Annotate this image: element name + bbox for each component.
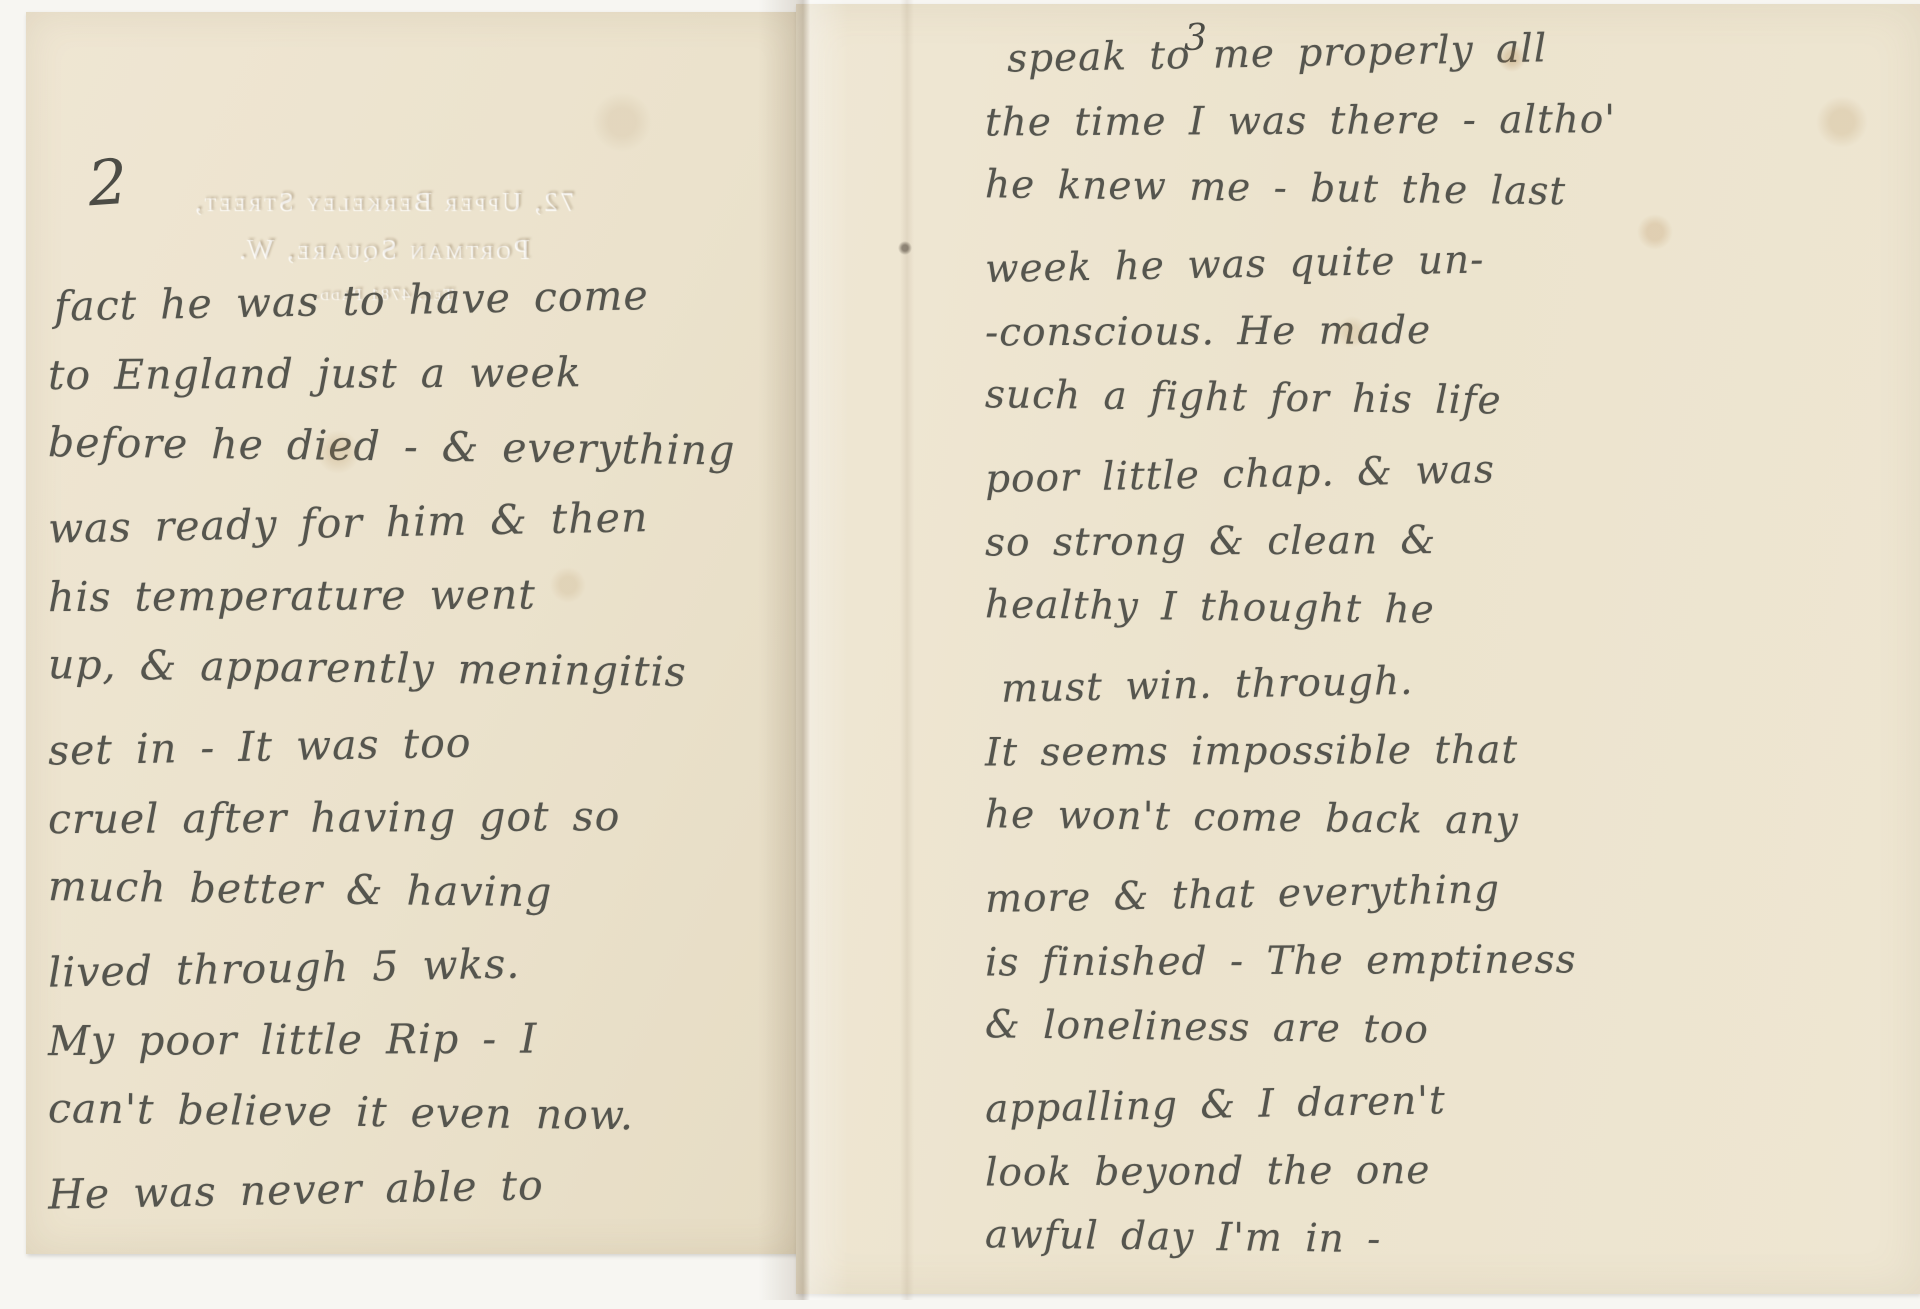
left-page-handwriting: fact he was to have come to England just…	[48, 262, 848, 1224]
handwritten-line: can't believe it even now.	[48, 1071, 849, 1155]
handwritten-line: so strong & clean &	[985, 504, 1920, 579]
handwritten-line: poor little chap. & was	[984, 427, 1920, 515]
handwritten-line: more & that everything	[984, 847, 1920, 935]
handwritten-line: He was never able to	[47, 1142, 848, 1231]
handwritten-line: fact he was to have come	[47, 254, 848, 343]
handwritten-line: appalling & I daren't	[984, 1057, 1920, 1145]
handwritten-line: set in - It was too	[47, 698, 848, 787]
scanned-letter: 2 72, Upper Berkeley Street, Portman Squ…	[0, 0, 1920, 1309]
handwritten-line: My poor little Rip - I	[48, 1000, 848, 1078]
handwritten-line: speak to me properly all	[984, 7, 1920, 95]
right-page-handwriting: speak to me properly all the time I was …	[985, 16, 1920, 1276]
handwritten-line: lived through 5 wks.	[47, 920, 848, 1009]
handwritten-line: to England just a week	[48, 334, 848, 412]
handwritten-line: before he died - & everything	[48, 405, 849, 489]
handwritten-line: his temperature went	[48, 556, 848, 634]
handwritten-line: the time I was there - altho'	[985, 84, 1920, 159]
handwritten-line: awful day I'm in -	[985, 1200, 1920, 1281]
handwritten-line: up, & apparently meningitis	[48, 627, 849, 711]
handwritten-line: It seems impossible that	[985, 714, 1920, 789]
handwritten-line: much better & having	[48, 849, 849, 933]
handwritten-line: cruel after having got so	[48, 778, 848, 856]
handwritten-line: was ready for him & then	[47, 476, 848, 565]
handwritten-line: week he was quite un-	[984, 217, 1920, 305]
handwritten-line: must win. through.	[984, 637, 1920, 725]
handwritten-line: -conscious. He made	[985, 294, 1920, 369]
handwritten-line: is finished - The emptiness	[985, 924, 1920, 999]
page-number-2: 2	[86, 145, 130, 221]
handwritten-line: look beyond the one	[985, 1134, 1920, 1209]
